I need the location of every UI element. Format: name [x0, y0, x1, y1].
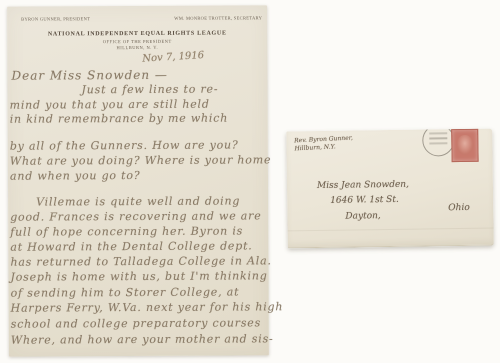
letter-line: good. Frances is recovering and we are — [10, 209, 261, 223]
handwritten-date: Nov 7, 1916 — [142, 50, 204, 65]
letter-page: BYRON GUNNER, PRESIDENT WM. MONROE TROTT… — [7, 5, 269, 356]
stamp-portrait-oval — [456, 135, 473, 155]
address-line-street: 1646 W. 1st St. — [330, 195, 399, 206]
letter-line: Where, and how are your mother and sis- — [11, 332, 274, 346]
photo-background: BYRON GUNNER, PRESIDENT WM. MONROE TROTT… — [0, 0, 500, 363]
postage-stamp-icon — [451, 129, 478, 162]
letterhead-left-official: BYRON GUNNER, PRESIDENT — [21, 16, 90, 21]
letter-line: in kind remembrance by me which — [10, 112, 228, 126]
letter-line: Villemae is quite well and doing — [36, 194, 240, 208]
letter-line: mind you that you are still held — [10, 98, 210, 112]
letter-line: has returned to Talladega College in Ala… — [10, 254, 271, 268]
postmark-icon — [422, 129, 454, 157]
envelope: Rev. Byron Gunner, Hillburn, N.Y. Miss J… — [286, 129, 494, 249]
address-line-name: Miss Jean Snowden, — [317, 180, 409, 191]
letterhead-city-line: HILLBURN, N. Y. — [7, 44, 267, 50]
letter-line: Just a few lines to re- — [81, 83, 218, 97]
letterhead-right-official: WM. MONROE TROTTER, SECRETARY — [174, 15, 262, 20]
letter-line: Harpers Ferry, W.Va. next year for his h… — [11, 300, 284, 314]
letter-line: of sending him to Storer College, at — [11, 285, 240, 299]
address-line-state: Ohio — [448, 203, 470, 213]
envelope-crease — [288, 228, 494, 232]
address-line-city: Dayton, — [345, 211, 380, 221]
letterhead: NATIONAL INDEPENDENT EQUAL RIGHTS LEAGUE… — [7, 30, 267, 50]
letter-line: school and college preparatory courses — [11, 316, 261, 330]
letter-line: Joseph is home with us, but I'm thinking — [10, 269, 267, 283]
letter-line: and when you go to? — [10, 169, 141, 183]
letterhead-org-name: NATIONAL INDEPENDENT EQUAL RIGHTS LEAGUE — [7, 30, 267, 37]
return-address: Rev. Byron Gunner, Hillburn, N.Y. — [294, 134, 353, 152]
letter-line: full of hope concerning her. Byron is — [10, 224, 243, 238]
letter-line: What are you doing? Where is your home — [10, 153, 271, 167]
letter-salutation: Dear Miss Snowden — — [11, 68, 168, 83]
letter-line: at Howard in the Dental College dept. — [10, 239, 252, 253]
letter-line: by all of the Gunners. How are you? — [10, 138, 239, 152]
